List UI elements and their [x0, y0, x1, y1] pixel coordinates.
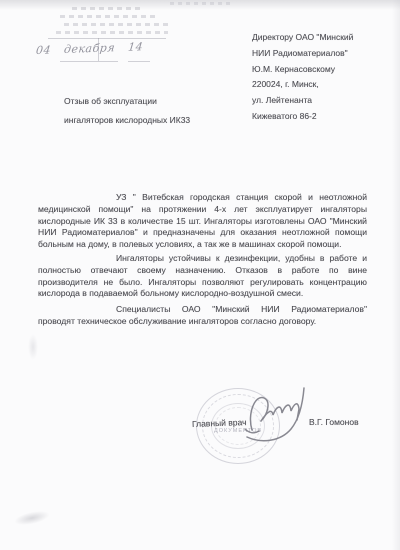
- paper-smudge: [13, 508, 51, 527]
- address-line: Ю.М. Кернасовскому: [252, 62, 353, 78]
- signature-scribble: [238, 384, 318, 450]
- address-line: ул. Лейтенанта: [252, 93, 353, 109]
- address-line: Кижеватого 86-2: [252, 109, 353, 125]
- recipient-address: Директору ОАО "Минский НИИ Радиоматериал…: [252, 30, 353, 125]
- subject-title: Отзыв об эксплуатации ингаляторов кислор…: [64, 92, 190, 130]
- stamp-text-row: [72, 7, 142, 10]
- subject-line: ингаляторов кислородных ИК33: [64, 111, 190, 130]
- address-line: НИИ Радиоматериалов": [252, 46, 353, 62]
- subject-line: Отзыв об эксплуатации: [64, 92, 190, 111]
- stamp-text-row: [170, 2, 230, 5]
- signatory-name: В.Г. Гомонов: [309, 417, 359, 427]
- body-paragraph: Специалисты ОАО "Минский НИИ Радиоматери…: [38, 304, 367, 328]
- stamp-rule: [48, 38, 166, 39]
- scanned-letter-page: 04 декабря 14 Директору ОАО "Минский НИИ…: [0, 0, 400, 550]
- stamp-rule: [128, 61, 150, 62]
- stamp-text-row: [60, 15, 156, 18]
- stamp-text-row: [56, 31, 168, 34]
- body-paragraph: Ингаляторы устойчивы к дезинфекции, удоб…: [38, 253, 367, 300]
- body-paragraph: УЗ " Витебская городская станция скорой …: [38, 192, 367, 251]
- stamp-rule: [60, 61, 118, 62]
- letter-body: УЗ " Витебская городская станция скорой …: [38, 192, 367, 330]
- signature-title: Главный врач: [192, 417, 247, 429]
- stamp-text-row: [64, 23, 168, 26]
- address-line: 220024, г. Минск,: [252, 77, 353, 93]
- address-line: Директору ОАО "Минский: [252, 30, 353, 46]
- paper-smudge: [28, 334, 38, 360]
